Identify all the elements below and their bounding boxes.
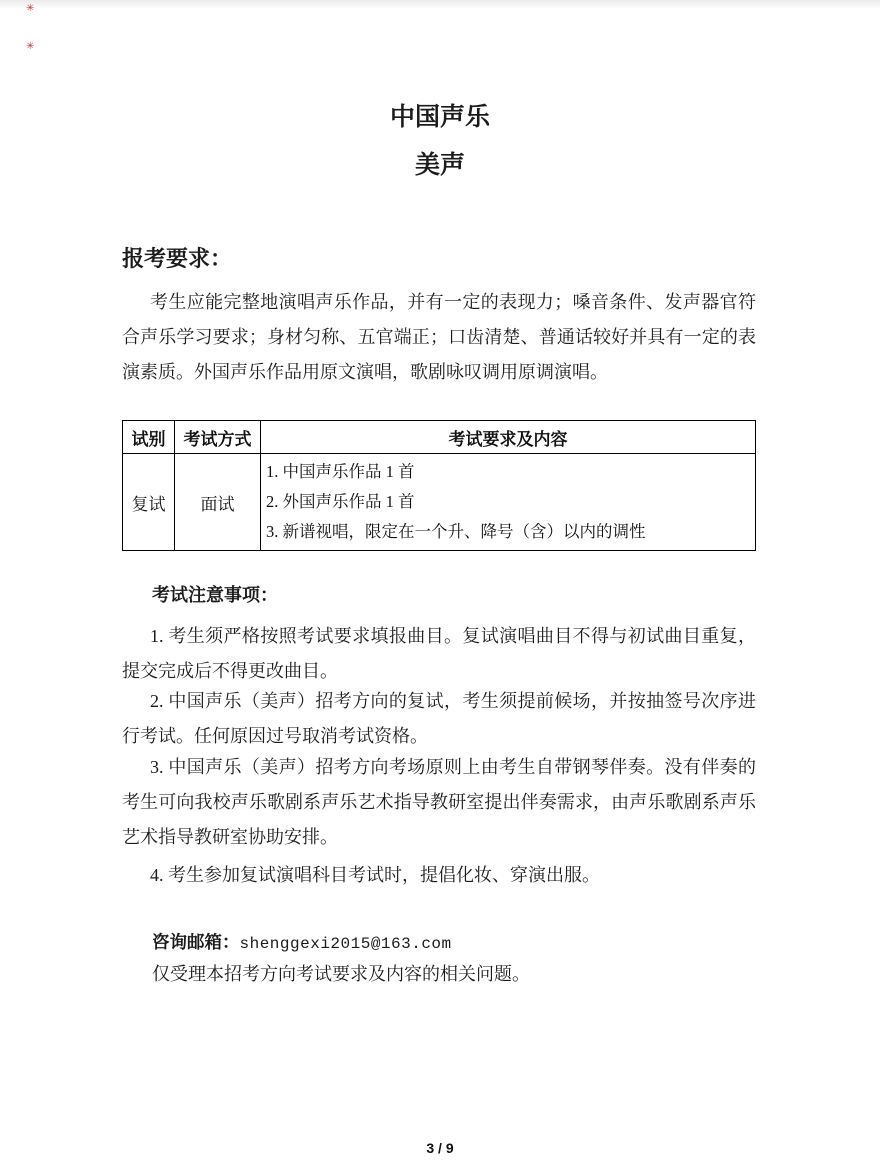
- table-header-content: 考试要求及内容: [261, 421, 756, 454]
- red-corner-mark-icon: ✳: [26, 42, 34, 52]
- table-cell-method: 面试: [175, 454, 261, 551]
- notes-heading: 考试注意事项：: [152, 585, 278, 607]
- red-corner-mark-icon: ✳: [26, 4, 34, 14]
- exam-item: 3. 新谱视唱，限定在一个升、降号（含）以内的调性: [266, 517, 749, 547]
- requirements-heading: 报考要求：: [122, 247, 232, 271]
- contact-email-label: 咨询邮箱：: [152, 932, 240, 952]
- note-item-3: 3. 中国声乐（美声）招考方向考场原则上由考生自带钢琴伴奏。没有伴奏的考生可向我…: [122, 750, 756, 855]
- document-page: ✳ ✳ 中国声乐 美声 报考要求： 考生应能完整地演唱声乐作品，并有一定的表现力…: [0, 0, 880, 1170]
- note-item-4: 4. 考生参加复试演唱科目考试时，提倡化妆、穿演出服。: [122, 858, 756, 893]
- document-subtitle: 美声: [0, 153, 880, 178]
- contact-email-address: shenggexi2015@163.com: [240, 935, 452, 953]
- table-header-method: 考试方式: [175, 421, 261, 454]
- page-top-shadow: [0, 0, 880, 9]
- table-header-row: 试别 考试方式 考试要求及内容: [123, 421, 756, 454]
- table-cell-round: 复试: [123, 454, 175, 551]
- exam-requirements-table: 试别 考试方式 考试要求及内容 复试 面试 1. 中国声乐作品 1 首 2. 外…: [122, 420, 756, 551]
- table-cell-content: 1. 中国声乐作品 1 首 2. 外国声乐作品 1 首 3. 新谱视唱，限定在一…: [261, 454, 756, 551]
- page-number: 3 / 9: [0, 1140, 880, 1157]
- table-header-round: 试别: [123, 421, 175, 454]
- contact-note: 仅受理本招考方向考试要求及内容的相关问题。: [152, 959, 530, 989]
- exam-item: 1. 中国声乐作品 1 首: [266, 457, 749, 487]
- note-item-1: 1. 考生须严格按照考试要求填报曲目。复试演唱曲目不得与初试曲目重复，提交完成后…: [122, 619, 756, 689]
- table-row: 复试 面试 1. 中国声乐作品 1 首 2. 外国声乐作品 1 首 3. 新谱视…: [123, 454, 756, 551]
- contact-email-line: 咨询邮箱：shenggexi2015@163.com: [152, 927, 452, 959]
- note-item-2: 2. 中国声乐（美声）招考方向的复试，考生须提前候场，并按抽签号次序进行考试。任…: [122, 684, 756, 754]
- document-title: 中国声乐: [0, 105, 880, 130]
- requirements-paragraph: 考生应能完整地演唱声乐作品，并有一定的表现力；嗓音条件、发声器官符合声乐学习要求…: [122, 285, 756, 390]
- exam-item: 2. 外国声乐作品 1 首: [266, 487, 749, 517]
